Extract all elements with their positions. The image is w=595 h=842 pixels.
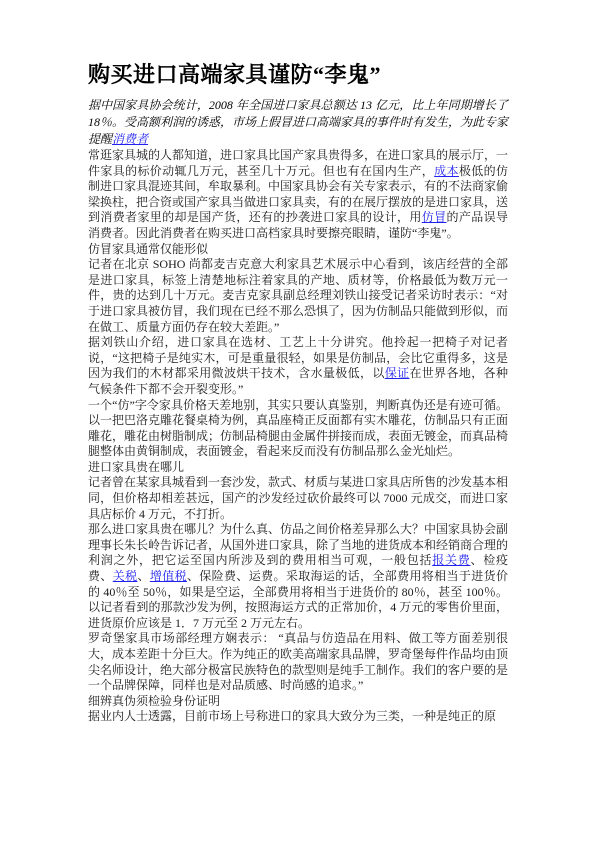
body-paragraph: 那么进口家具贵在哪儿？为什么真、仿品之间价格差异那么大？中国家具协会副理事长朱长… <box>88 522 508 631</box>
article-title: 购买进口高端家具谨防“李鬼” <box>88 60 508 90</box>
text-segment: 细辨真伪须检验身份证明 <box>88 694 220 708</box>
text-segment: 进口家具贵在哪儿 <box>88 460 184 474</box>
body-paragraph: 记者曾在某家具城看到一套沙发，款式、材质与某进口家具店所售的沙发基本相同，但价格… <box>88 475 508 522</box>
body-paragraph: 据业内人士透露，目前市场上号称进口的家具大致分为三类，一种是纯正的原 <box>88 709 508 725</box>
inline-link[interactable]: 消费者 <box>112 132 148 146</box>
inline-link[interactable]: 保证 <box>385 366 410 380</box>
section-heading: 细辨真伪须检验身份证明 <box>88 694 508 710</box>
text-segment: 据中国家具协会统计，2008 年全国进口家具总额达 13 亿元，比上年同期增长了… <box>88 98 508 146</box>
body-paragraph: 罗奇堡家具市场部经理方娴表示： “真品与仿造品在用料、做工等方面差别很大，成本差… <box>88 631 508 693</box>
section-heading: 仿冒家具通常仅能形似 <box>88 242 508 258</box>
body-paragraph: 常逛家具城的人都知道，进口家具比国产家具贵得多，在进口家具的展示厅，一件家具的标… <box>88 148 508 242</box>
inline-link[interactable]: 仿冒 <box>422 210 447 224</box>
inline-link[interactable]: 增值税 <box>150 569 187 583</box>
text-segment: 记者在北京 SOHO 尚都麦吉克意大利家具艺术展示中心看到，该店经营的全部是进口… <box>88 257 508 333</box>
text-segment: 、 <box>137 569 149 583</box>
document-page: 购买进口高端家具谨防“李鬼” 据中国家具协会统计，2008 年全国进口家具总额达… <box>0 0 595 842</box>
text-segment: 一个“仿”字令家具价格天差地别，其实只要认真鉴别，判断真伪还是有迹可循。以一把巴… <box>88 398 508 459</box>
section-heading: 进口家具贵在哪儿 <box>88 460 508 476</box>
text-segment: 记者曾在某家具城看到一套沙发，款式、材质与某进口家具店所售的沙发基本相同，但价格… <box>88 475 508 520</box>
inline-link[interactable]: 报关费 <box>432 553 470 567</box>
body-paragraph: 记者在北京 SOHO 尚都麦吉克意大利家具艺术展示中心看到，该店经营的全部是进口… <box>88 257 508 335</box>
intro-paragraph: 据中国家具协会统计，2008 年全国进口家具总额达 13 亿元，比上年同期增长了… <box>88 97 508 148</box>
inline-link[interactable]: 关税 <box>113 569 138 583</box>
body-paragraph: 一个“仿”字令家具价格天差地别，其实只要认真鉴别，判断真伪还是有迹可循。以一把巴… <box>88 398 508 460</box>
article-body: 据中国家具协会统计，2008 年全国进口家具总额达 13 亿元，比上年同期增长了… <box>88 97 508 725</box>
text-segment: 据业内人士透露，目前市场上号称进口的家具大致分为三类，一种是纯正的原 <box>88 709 496 723</box>
document-content: 购买进口高端家具谨防“李鬼” 据中国家具协会统计，2008 年全国进口家具总额达… <box>0 0 595 725</box>
text-segment: 罗奇堡家具市场部经理方娴表示： “真品与仿造品在用料、做工等方面差别很大，成本差… <box>88 631 508 692</box>
inline-link[interactable]: 成本 <box>434 164 459 178</box>
body-paragraph: 据刘铁山介绍，进口家具在选材、工艺上十分讲究。他拎起一把椅子对记者说，“这把椅子… <box>88 335 508 397</box>
text-segment: 仿冒家具通常仅能形似 <box>88 242 208 256</box>
